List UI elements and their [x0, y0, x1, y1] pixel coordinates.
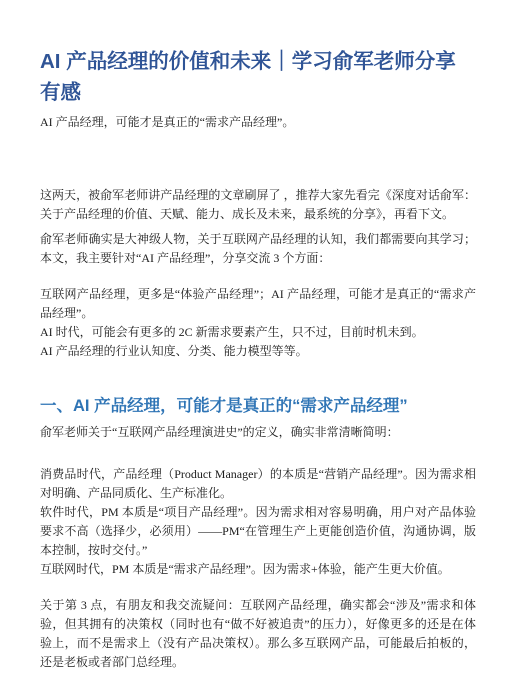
topic-points-list: 互联网产品经理，更多是“体验产品经理”；AI 产品经理，可能才是真正的“需求产品…	[40, 285, 476, 361]
discussion-paragraph: 关于第 3 点，有朋友和我交流疑问：互联网产品经理，确实都会“涉及”需求和体验，…	[40, 596, 476, 672]
topic-point: 互联网产品经理，更多是“体验产品经理”；AI 产品经理，可能才是真正的“需求产品…	[40, 285, 476, 323]
intro-paragraph: 这两天，被俞军老师讲产品经理的文章刷屏了 ，推荐大家先看完《深度对话俞军：关于产…	[40, 186, 476, 224]
overview-paragraph: 俞军老师确实是大神级人物，关于互联网产品经理的认知，我们都需要向其学习；本文，我…	[40, 230, 476, 268]
era-definition: 消费品时代，产品经理（Product Manager）的本质是“营销产品经理”。…	[40, 465, 476, 503]
document-page: AI 产品经理的价值和未来｜学习俞军老师分享有感 AI 产品经理，可能才是真正的…	[0, 0, 508, 700]
topic-point: AI 产品经理的行业认知度、分类、能力模型等等。	[40, 342, 476, 361]
lead-paragraph: AI 产品经理，可能才是真正的“需求产品经理”。	[40, 113, 476, 132]
era-definition: 软件时代，PM 本质是“项目产品经理”。因为需求相对容易明确，用户对产品体验要求…	[40, 503, 476, 560]
topic-point: AI 时代，可能会有更多的 2C 新需求要素产生，只不过，目前时机未到。	[40, 323, 476, 342]
section-heading: 一、AI 产品经理，可能才是真正的“需求产品经理”	[40, 395, 476, 417]
section-intro-paragraph: 俞军老师关于“互联网产品经理演进史”的定义，确实非常清晰简明：	[40, 423, 476, 442]
article-title: AI 产品经理的价值和未来｜学习俞军老师分享有感	[40, 46, 476, 108]
era-definition: 互联网时代，PM 本质是“需求产品经理”。因为需求+体验，能产生更大价值。	[40, 560, 476, 579]
era-definitions-list: 消费品时代，产品经理（Product Manager）的本质是“营销产品经理”。…	[40, 465, 476, 579]
